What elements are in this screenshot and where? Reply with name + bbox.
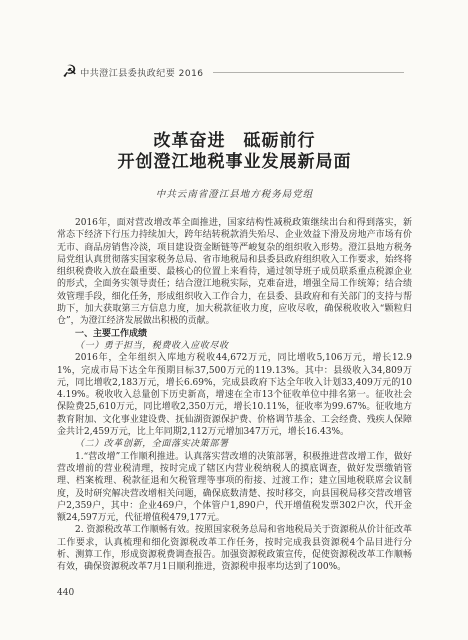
paragraph: 2. 资源税改革工作顺畅有效。按照国家税务总局和省地税局关于资源税从价计征改革工…: [57, 524, 412, 573]
article-body: 2016年，面对营改增改革全面推进，国家结构性减税政策继续出台和得到落实，新常态…: [57, 217, 412, 574]
running-header-title: 中共澄江县委执政纪要 2016: [80, 66, 203, 79]
paragraph: 2016年，面对营改增改革全面推进，国家结构性减税政策继续出台和得到落实，新常态…: [57, 217, 412, 328]
paragraph: 2016年，全年组织入库地方税收44,672万元，同比增收5,106万元，增长1…: [57, 352, 412, 438]
article-title: 改革奋进 砥砺前行 开创澄江地税事业发展新局面: [57, 131, 412, 173]
article-byline: 中共云南省澄江县地方税务局党组: [57, 186, 412, 200]
article-title-line2: 开创澄江地税事业发展新局面: [118, 152, 352, 172]
subsection-heading: （二）改革创新，全面落实决策部署: [57, 438, 412, 450]
header-rule: [213, 72, 404, 73]
party-emblem-icon: ☭: [62, 64, 77, 81]
running-header: ☭ 中共澄江县委执政纪要 2016: [62, 64, 406, 81]
page-number: 440: [57, 588, 74, 598]
paragraph: 1.“营改增”工作顺利推进。认真落实营改增的决策部署，积极推进营改增工作，做好营…: [57, 451, 412, 525]
book-page: ☭ 中共澄江县委执政纪要 2016 改革奋进 砥砺前行 开创澄江地税事业发展新局…: [0, 0, 468, 640]
subsection-heading: （一）勇于担当，税费收入应收尽收: [57, 340, 412, 352]
article-title-line1: 改革奋进 砥砺前行: [154, 131, 316, 151]
section-heading: 一、主要工作成绩: [57, 328, 412, 340]
article: 改革奋进 砥砺前行 开创澄江地税事业发展新局面 中共云南省澄江县地方税务局党组 …: [57, 131, 412, 574]
